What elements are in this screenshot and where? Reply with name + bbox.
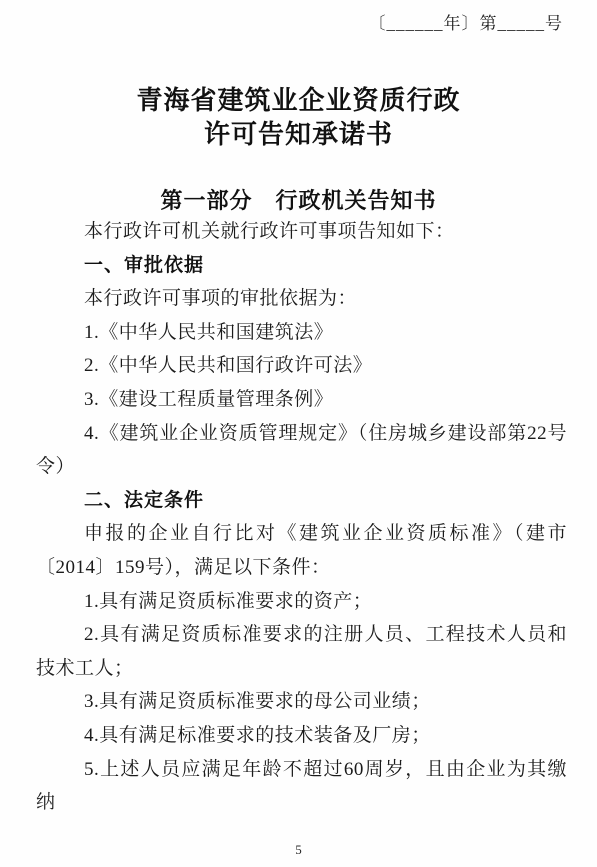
section2-lead: 申报的企业自行比对《建筑业企业资质标准》（建市〔2014〕159号），满足以下条…: [36, 517, 567, 584]
intro-paragraph: 本行政许可机关就行政许可事项告知如下：: [36, 215, 567, 249]
condition-item-4: 4.具有满足标准要求的技术装备及厂房；: [36, 719, 567, 753]
document-title-line-1: 青海省建筑业企业资质行政: [0, 83, 597, 117]
part1-heading: 第一部分 行政机关告知书: [0, 187, 597, 215]
condition-item-1: 1.具有满足资质标准要求的资产；: [36, 585, 567, 619]
condition-item-3: 3.具有满足资质标准要求的母公司业绩；: [36, 685, 567, 719]
basis-item-1: 1.《中华人民共和国建筑法》: [36, 316, 567, 350]
section2-heading: 二、法定条件: [36, 484, 567, 518]
document-body: 本行政许可机关就行政许可事项告知如下： 一、审批依据 本行政许可事项的审批依据为…: [36, 215, 567, 820]
basis-item-2: 2.《中华人民共和国行政许可法》: [36, 349, 567, 383]
basis-item-4: 4.《建筑业企业资质管理规定》（住房城乡建设部第22号令）: [36, 417, 567, 484]
basis-item-3: 3.《建设工程质量管理条例》: [36, 383, 567, 417]
doc-number-line: 〔______年〕第_____号: [0, 0, 597, 33]
page-number: 5: [0, 842, 597, 858]
condition-item-5: 5.上述人员应满足年龄不超过60周岁，且由企业为其缴纳: [36, 753, 567, 820]
section1-heading: 一、审批依据: [36, 249, 567, 283]
section1-lead: 本行政许可事项的审批依据为：: [36, 282, 567, 316]
condition-item-2: 2.具有满足资质标准要求的注册人员、工程技术人员和技术工人；: [36, 618, 567, 685]
document-title-line-2: 许可告知承诺书: [0, 117, 597, 151]
document-title: 青海省建筑业企业资质行政 许可告知承诺书: [0, 83, 597, 151]
document-page: 〔______年〕第_____号 青海省建筑业企业资质行政 许可告知承诺书 第一…: [0, 0, 597, 867]
